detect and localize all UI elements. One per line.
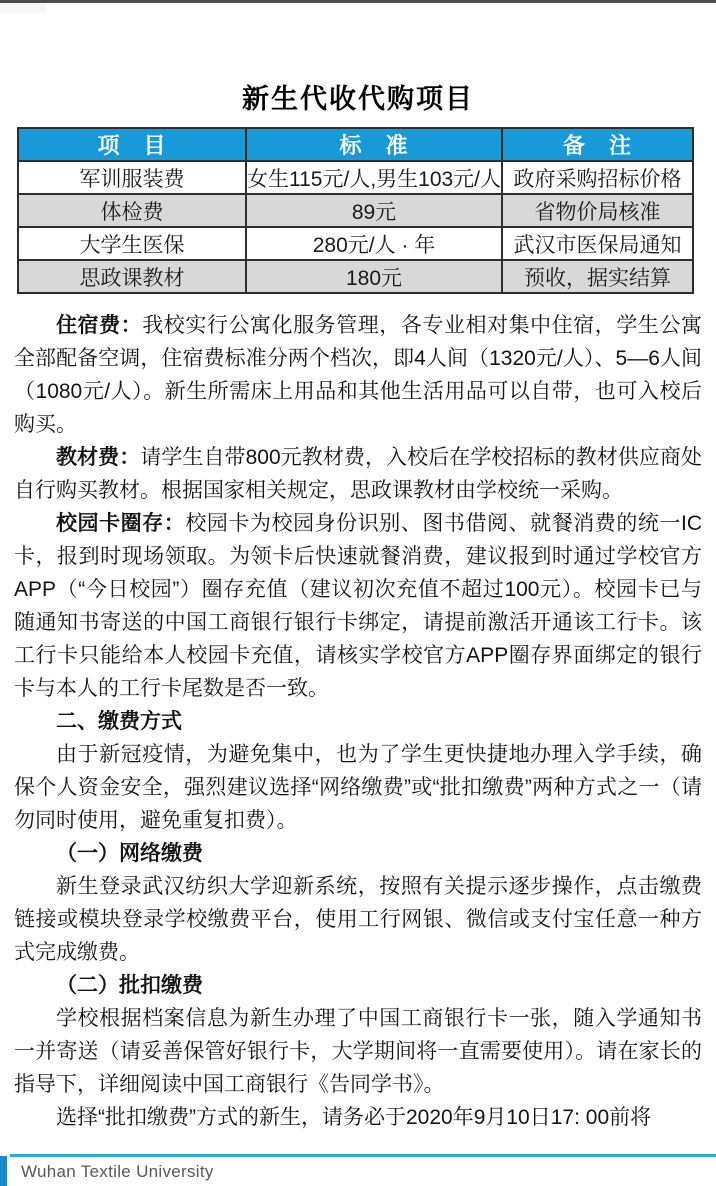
table-cell-item: 思政课教材	[18, 260, 246, 293]
para-online-payment: 新生登录武汉纺织大学迎新系统，按照有关提示逐步操作，点击缴费链接或模块登录学校缴…	[14, 870, 702, 969]
fee-table-header-item: 项 目	[18, 128, 246, 161]
para-campus-card-text: 校园卡为校园身份识别、图书借阅、就餐消费的统一IC卡，报到时现场领取。为领卡后快…	[14, 512, 702, 700]
para-deadline: 选择“批扣缴费”方式的新生，请务必于2020年9月10日17: 00前将	[14, 1101, 702, 1134]
table-row: 思政课教材 180元 预收，据实结算	[18, 260, 693, 293]
table-row: 军训服装费 女生115元/人,男生103元/人 政府采购招标价格	[18, 161, 693, 194]
top-border-notch	[0, 3, 46, 13]
table-cell-remark: 省物价局核准	[502, 194, 693, 227]
footer-divider-line	[10, 1154, 716, 1157]
fee-table-header-remark: 备 注	[502, 128, 693, 161]
table-cell-standard: 280元/人 · 年	[246, 227, 502, 260]
heading-online-payment: （一）网络缴费	[14, 837, 702, 870]
para-batch-deduction: 学校根据档案信息为新生办理了中国工商银行卡一张，随入学通知书一并寄送（请妥善保管…	[14, 1002, 702, 1101]
fee-table: 项 目 标 准 备 注 军训服装费 女生115元/人,男生103元/人 政府采购…	[17, 127, 694, 294]
table-cell-remark: 预收，据实结算	[502, 260, 693, 293]
document-body: 住宿费：我校实行公寓化服务管理，各专业相对集中住宿，学生公寓全部配备空调，住宿费…	[0, 294, 716, 1134]
table-row: 大学生医保 280元/人 · 年 武汉市医保局通知	[18, 227, 693, 260]
para-textbook-lead: 教材费：	[56, 446, 140, 469]
heading-batch-deduction: （二）批扣缴费	[14, 969, 702, 1002]
heading-payment-methods: 二、缴费方式	[14, 705, 702, 738]
table-cell-item: 体检费	[18, 194, 246, 227]
para-campus-card-lead: 校园卡圈存：	[56, 512, 185, 535]
table-cell-item: 军训服装费	[18, 161, 246, 194]
fee-table-header-row: 项 目 标 准 备 注	[18, 128, 693, 161]
para-epidemic-notice: 由于新冠疫情，为避免集中，也为了学生更快捷地办理入学手续，确保个人资金安全，强烈…	[14, 738, 702, 837]
fee-table-header-standard: 标 准	[246, 128, 502, 161]
table-cell-remark: 武汉市医保局通知	[502, 227, 693, 260]
para-textbook: 教材费：请学生自带800元教材费，入校后在学校招标的教材供应商处自行购买教材。根…	[14, 441, 702, 507]
table-cell-item: 大学生医保	[18, 227, 246, 260]
table-cell-standard: 女生115元/人,男生103元/人	[246, 161, 502, 194]
table-cell-remark: 政府采购招标价格	[502, 161, 693, 194]
top-border	[0, 0, 716, 3]
table-cell-standard: 180元	[246, 260, 502, 293]
footer-accent-bar	[0, 1156, 7, 1186]
footer-university-name: Wuhan Textile University	[21, 1162, 214, 1182]
table-cell-standard: 89元	[246, 194, 502, 227]
para-accommodation: 住宿费：我校实行公寓化服务管理，各专业相对集中住宿，学生公寓全部配备空调，住宿费…	[14, 309, 702, 441]
page-title: 新生代收代购项目	[0, 0, 716, 114]
document-page: 新生代收代购项目 项 目 标 准 备 注 军训服装费 女生115元/人,男生10…	[0, 0, 716, 1186]
table-row: 体检费 89元 省物价局核准	[18, 194, 693, 227]
para-campus-card: 校园卡圈存：校园卡为校园身份识别、图书借阅、就餐消费的统一IC卡，报到时现场领取…	[14, 507, 702, 705]
para-accommodation-lead: 住宿费：	[56, 314, 142, 337]
